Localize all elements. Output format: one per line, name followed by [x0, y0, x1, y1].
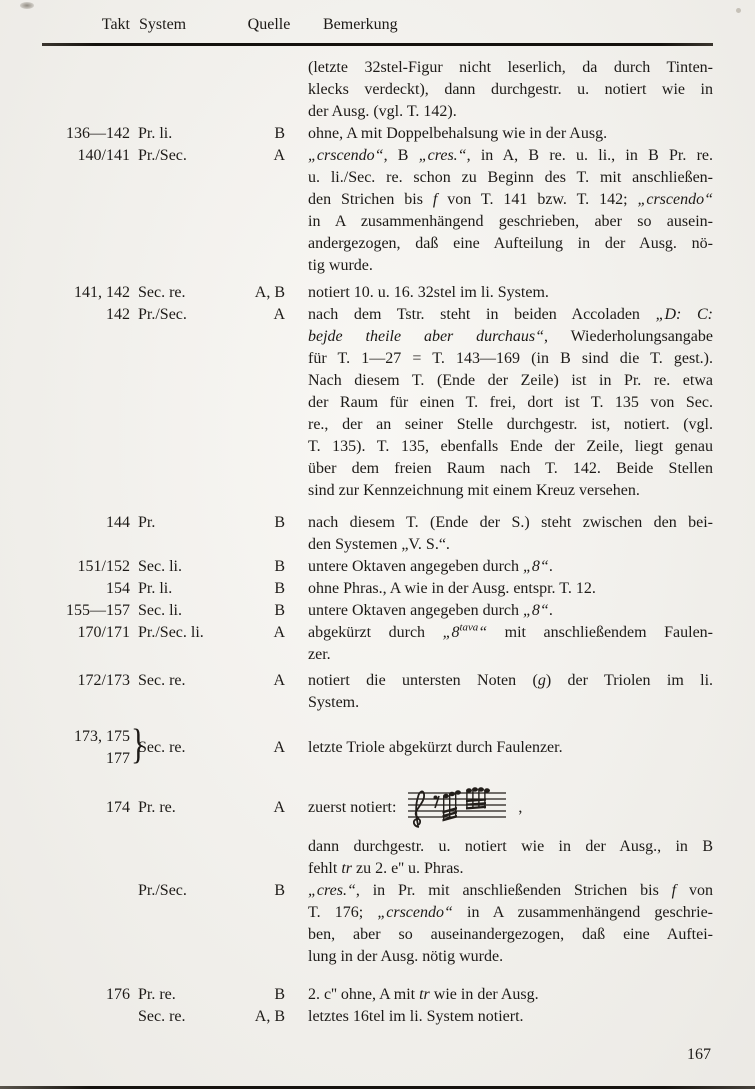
table-row: 170/171Pr./Sec. li.Aabgekürzt durch „8ta…: [45, 622, 713, 666]
table-row: 140/141Pr./Sec.A„crscendo“, B „cres.“, i…: [45, 145, 713, 277]
takt-cell: 155—157: [45, 600, 130, 622]
bemerkung-line: der Ausg. (vgl. T. 142).: [308, 101, 713, 123]
system-cell: Pr. li.: [130, 123, 233, 145]
table-row: Pr./Sec.B„cres.“, in Pr. mit anschließen…: [45, 880, 713, 968]
quelle-cell: A: [233, 784, 285, 819]
table-row: 144Pr.Bnach diesem T. (Ende der S.) steh…: [45, 512, 713, 556]
bemerkung-line: in A zusammenhängend geschrieben, aber s…: [308, 211, 713, 233]
quelle-cell: B: [233, 512, 285, 534]
page-number: 167: [45, 1044, 713, 1066]
bemerkung-line: sind zur Kennzeichnung mit einem Kreuz v…: [308, 480, 713, 502]
scan-artifact: [20, 2, 34, 9]
bemerkung-cell: (letzte 32stel-Figur nicht leserlich, da…: [308, 57, 713, 123]
quelle-cell: B: [233, 123, 285, 145]
takt-cell: 170/171: [45, 622, 130, 644]
takt-cell: 154: [45, 578, 130, 600]
bemerkung-line: letzte Triole abgekürzt durch Faulenzer.: [308, 737, 713, 759]
bemerkung-cell: abgekürzt durch „8tava“ mit anschließend…: [308, 622, 713, 666]
bemerkung-cell: „crscendo“, B „cres.“, in A, B re. u. li…: [308, 145, 713, 277]
table-row: 174Pr. re.Azuerst notiert:: [45, 784, 713, 880]
table-row: 154Pr. li.Bohne Phras., A wie in der Aus…: [45, 578, 713, 600]
table-row: 155—157Sec. li.Buntere Oktaven angegeben…: [45, 600, 713, 622]
grouping-brace: }: [131, 723, 146, 767]
music-suffix-text: ,: [518, 797, 522, 819]
table-row: 151/152Sec. li.Buntere Oktaven angegeben…: [45, 556, 713, 578]
bemerkung-line: (letzte 32stel-Figur nicht leserlich, da…: [308, 57, 713, 79]
bemerkung-line: lung in der Ausg. nötig wurde.: [308, 946, 713, 968]
bemerkung-line: ohne, A mit Doppelbehalsung wie in der A…: [308, 123, 713, 145]
bemerkung-cell: ohne Phras., A wie in der Ausg. entspr. …: [308, 578, 713, 600]
header-takt: Takt: [45, 14, 130, 36]
music-staff-example-icon: [406, 783, 510, 829]
quelle-cell: A: [233, 670, 285, 692]
music-prefix-text: zuerst notiert:: [308, 797, 396, 819]
takt-cell: 141, 142: [45, 282, 130, 304]
system-cell: Pr.: [130, 512, 233, 534]
quelle-cell: A: [233, 145, 285, 167]
table-row: 172/173Sec. re.Anotiert die untersten No…: [45, 670, 713, 714]
bemerkung-line: den Systemen „V. S.“.: [308, 534, 713, 556]
quelle-cell: B: [233, 600, 285, 622]
system-cell: Pr./Sec. li.: [130, 622, 233, 644]
bemerkung-line: T. 176; „crscendo“ in A zusammenhängend …: [308, 902, 713, 924]
bemerkung-cell: notiert die untersten Noten (g) der Trio…: [308, 670, 713, 714]
bemerkung-line: andergezogen, daß eine Aufteilung in der…: [308, 233, 713, 255]
bemerkung-cell: letztes 16tel im li. System notiert.: [308, 1006, 713, 1028]
system-cell: Sec. re.: [130, 670, 233, 692]
takt-cell: 176: [45, 984, 130, 1006]
table-rows: (letzte 32stel-Figur nicht leserlich, da…: [45, 57, 713, 1028]
bemerkung-cell: 2. c'' ohne, A mit tr wie in der Ausg.: [308, 984, 713, 1006]
bemerkung-line: untere Oktaven angegeben durch „8“.: [308, 556, 713, 578]
bemerkung-line: fehlt tr zu 2. e'' u. Phras.: [308, 858, 713, 880]
table-row: 142Pr./Sec.Anach dem Tstr. steht in beid…: [45, 304, 713, 502]
takt-cell: 136—142: [45, 123, 130, 145]
music-example-line: zuerst notiert:: [308, 784, 713, 832]
bemerkung-line: re., der an seiner Stelle durchgestr. is…: [308, 414, 713, 436]
bemerkung-line: notiert 10. u. 16. 32stel im li. System.: [308, 282, 713, 304]
table-row: 141, 142Sec. re.A, Bnotiert 10. u. 16. 3…: [45, 282, 713, 304]
system-cell: Pr. re.: [130, 984, 233, 1006]
bemerkung-line: „crscendo“, B „cres.“, in A, B re. u. li…: [308, 145, 713, 167]
bemerkung-line: den Strichen bis f von T. 141 bzw. T. 14…: [308, 189, 713, 211]
quelle-cell: A: [233, 304, 285, 326]
bemerkung-line: tig wurde.: [308, 255, 713, 277]
bemerkung-cell: „cres.“, in Pr. mit anschließenden Stric…: [308, 880, 713, 968]
bemerkung-line: 2. c'' ohne, A mit tr wie in der Ausg.: [308, 984, 713, 1006]
quelle-cell: A: [233, 737, 285, 759]
system-cell: Sec. re.: [130, 1006, 233, 1028]
bemerkung-line: abgekürzt durch „8tava“ mit anschließend…: [308, 622, 713, 644]
system-cell: Pr. li.: [130, 578, 233, 600]
takt-cell: 144: [45, 512, 130, 534]
bemerkung-line: „cres.“, in Pr. mit anschließenden Stric…: [308, 880, 713, 902]
scanned-book-page: Takt System Quelle Bemerkung (letzte 32s…: [0, 0, 755, 1089]
bemerkung-cell: untere Oktaven angegeben durch „8“.: [308, 600, 713, 622]
system-cell: Pr./Sec.: [130, 145, 233, 167]
quelle-cell: B: [233, 578, 285, 600]
takt-cell: 174: [45, 784, 130, 819]
bemerkung-cell: nach dem Tstr. steht in beiden Accoladen…: [308, 304, 713, 502]
bemerkung-line: u. li./Sec. re. schon zu Beginn des T. m…: [308, 167, 713, 189]
bemerkung-cell: letzte Triole abgekürzt durch Faulenzer.: [308, 737, 713, 759]
bemerkung-cell: untere Oktaven angegeben durch „8“.: [308, 556, 713, 578]
quelle-cell: B: [233, 880, 285, 902]
bemerkung-cell: ohne, A mit Doppelbehalsung wie in der A…: [308, 123, 713, 145]
bemerkung-line: nach diesem T. (Ende der S.) steht zwisc…: [308, 512, 713, 534]
bemerkung-line: letztes 16tel im li. System notiert.: [308, 1006, 713, 1028]
bemerkung-line: ohne Phras., A wie in der Ausg. entspr. …: [308, 578, 713, 600]
takt-cell: 142: [45, 304, 130, 326]
bemerkung-line: System.: [308, 692, 713, 714]
bemerkung-cell: zuerst notiert:: [308, 784, 713, 880]
bemerkung-line: für T. 1—27 = T. 143—169 (in B sind die …: [308, 348, 713, 370]
bemerkung-line: dann durchgestr. u. notiert wie in der A…: [308, 836, 713, 858]
bemerkung-cell: nach diesem T. (Ende der S.) steht zwisc…: [308, 512, 713, 556]
treble-clef-icon: [414, 791, 424, 827]
bemerkung-line: notiert die untersten Noten (g) der Trio…: [308, 670, 713, 692]
header-rule: [42, 43, 713, 46]
takt-cell: 140/141: [45, 145, 130, 167]
takt-cell: 173, 175177}: [45, 726, 130, 770]
quelle-cell: A: [233, 622, 285, 644]
bemerkung-line: zer.: [308, 644, 713, 666]
table-row: 173, 175177}Sec. re.Aletzte Triole abgek…: [45, 726, 713, 770]
header-system: System: [130, 14, 233, 36]
takt-cell: 172/173: [45, 670, 130, 692]
takt-cell: 151/152: [45, 556, 130, 578]
table-row: (letzte 32stel-Figur nicht leserlich, da…: [45, 57, 713, 123]
table-row: Sec. re.A, Bletztes 16tel im li. System …: [45, 1006, 713, 1028]
header-quelle: Quelle: [243, 14, 295, 36]
quelle-cell: B: [233, 984, 285, 1006]
bemerkung-line: über dem freien Raum nach T. 142. Beide …: [308, 458, 713, 480]
bemerkung-line: bejde theile aber durchaus“, Wiederholun…: [308, 326, 713, 348]
bemerkung-line: Nach diesem T. (Ende der Zeile) ist in P…: [308, 370, 713, 392]
bemerkung-line: untere Oktaven angegeben durch „8“.: [308, 600, 713, 622]
system-cell: Sec. li.: [130, 600, 233, 622]
takt-cell-line2: 177: [45, 748, 130, 770]
quelle-cell: A, B: [233, 282, 285, 304]
quelle-cell: B: [233, 556, 285, 578]
system-cell: Pr./Sec.: [130, 304, 233, 326]
bemerkung-cell: notiert 10. u. 16. 32stel im li. System.: [308, 282, 713, 304]
bemerkung-line: nach dem Tstr. steht in beiden Accoladen…: [308, 304, 713, 326]
system-cell: Sec. li.: [130, 556, 233, 578]
bemerkung-line: T. 135). T. 135, ebenfalls Ende der Zeil…: [308, 436, 713, 458]
header-bemerkung: Bemerkung: [323, 14, 398, 36]
table-row: 136—142Pr. li.Bohne, A mit Doppelbehalsu…: [45, 123, 713, 145]
scan-artifact: [736, 8, 741, 13]
table-header: Takt System Quelle Bemerkung: [45, 14, 713, 43]
bemerkung-line: ben, aber so auseinandergezogen, daß ein…: [308, 924, 713, 946]
table-row: 176Pr. re.B2. c'' ohne, A mit tr wie in …: [45, 984, 713, 1006]
system-cell: Pr./Sec.: [130, 880, 233, 902]
bemerkung-line: der Raum für einen T. frei, dort ist T. …: [308, 392, 713, 414]
system-cell: Pr. re.: [130, 784, 233, 819]
system-cell: Sec. re.: [130, 282, 233, 304]
bemerkung-line: klecks verdeckt), dann durchgestr. u. no…: [308, 79, 713, 101]
quelle-cell: A, B: [233, 1006, 285, 1028]
